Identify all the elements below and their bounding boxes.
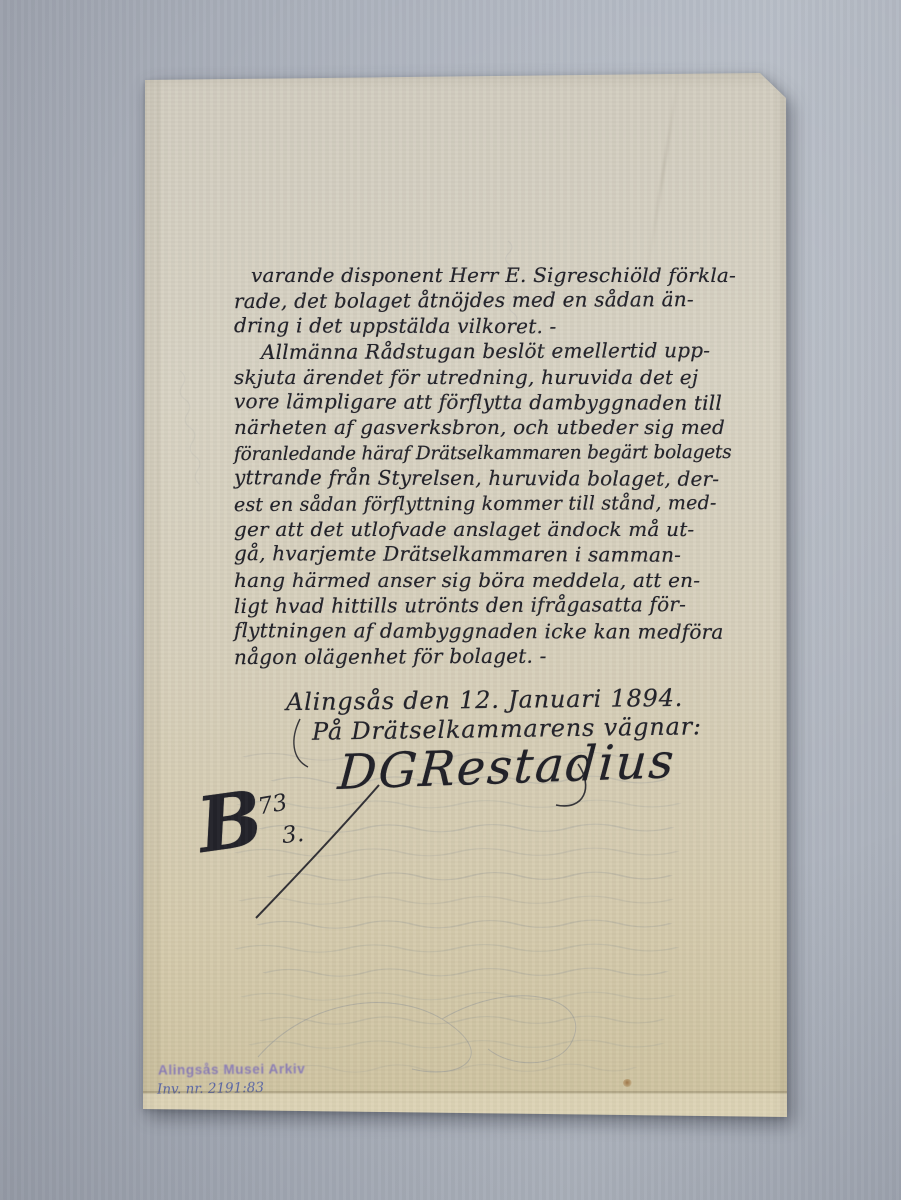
letter-line: yttrande från Styrelsen, huruvida bolage… [234,465,732,492]
document-sheet: varande disponent Herr E. Sigreschiöld f… [140,71,789,1119]
registry-numerator: 73 [256,790,289,821]
registry-letter: B [193,780,267,864]
paper-crease [157,81,159,1096]
letter-line: närheten af gasverksbron, och utbeder si… [234,415,732,440]
letter-line: varande disponent Herr E. Sigreschiöld f… [251,263,732,288]
paper-crease [646,72,680,275]
archive-stamp: Alingsås Musei Arkiv [158,1061,305,1077]
letter-line: föranledande häraf Drätselkammaren begär… [234,440,732,468]
letter-line: någon olägenhet för bolaget. - [234,643,732,671]
letter-body: varande disponent Herr E. Sigreschiöld f… [234,263,732,670]
pencil-scribble [258,996,576,1072]
dateline: Alingsås den 12. Januari 1894. [286,684,683,716]
foxing-spot [623,1079,632,1087]
letter-line: Allmänna Rådstugan beslöt emellertid upp… [261,338,732,365]
letter-line: rade, det bolaget åtnöjdes med en sådan … [234,287,732,315]
letter-line: flyttningen af dambyggnaden icke kan med… [234,618,732,645]
letter-line: est en sådan förflyttning kommer till st… [234,491,732,519]
letter-line: vore lämpligare att förflytta dambyggnad… [234,389,732,416]
letter-line: dring i det uppstälda vilkoret. - [234,313,732,340]
letter-line: skjuta ärendet för utredning, huruvida d… [234,365,732,390]
letter-line: ligt hvad hittills utrönts den ifrågasat… [234,592,732,620]
photo-background: varande disponent Herr E. Sigreschiöld f… [0,0,901,1200]
signature: DGRestadius [336,733,677,801]
letter-line: ger att det utlofvade anslaget ändock må… [234,517,732,542]
paper-fold [142,1091,788,1117]
registry-denominator: 3. [281,821,306,849]
paper-surface: varande disponent Herr E. Sigreschiöld f… [140,71,789,1119]
letter-line: gå, hvarjemte Drätselkammaren i samman- [234,542,732,569]
letter-line: hang härmed anser sig böra meddela, att … [234,568,732,593]
